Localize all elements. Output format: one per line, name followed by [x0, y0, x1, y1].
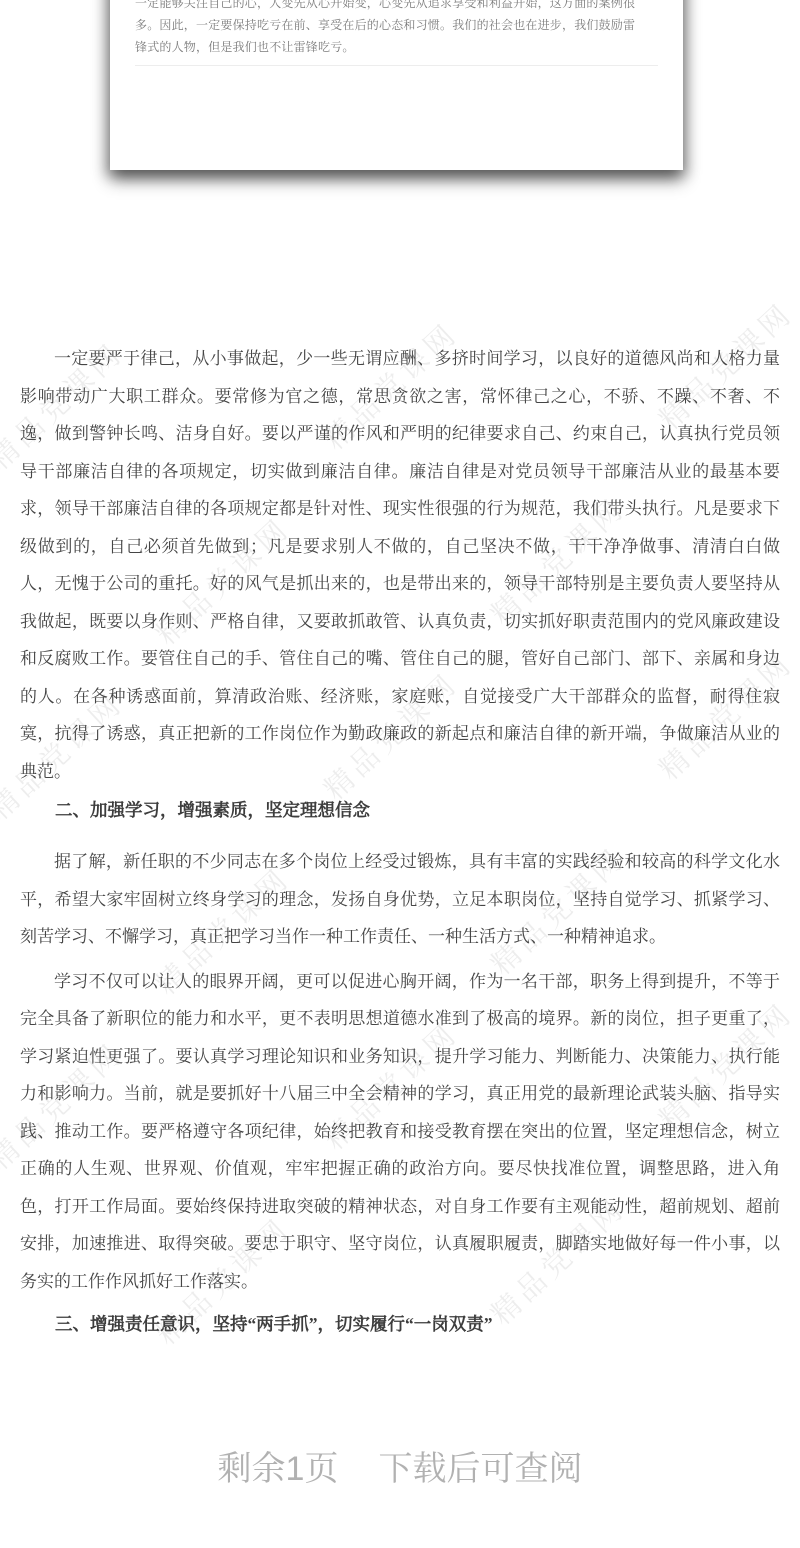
paragraph-learning-detail: 学习不仅可以让人的眼界开阔，更可以促进心胸开阔，作为一名干部，职务上得到提升，不…	[20, 963, 780, 1301]
paragraph-self-discipline: 一定要严于律己，从小事做起，少一些无谓应酬、多挤时间学习，以良好的道德风尚和人格…	[20, 340, 780, 790]
previous-page-preview-card: 一定能够关注自己的心，人变先从心开始变，心变先从追求享受和利益开始，这方面的案例…	[110, 0, 683, 170]
download-to-view-hint: 下载后可查阅	[378, 1448, 582, 1490]
section-heading-strengthen-learning: 二、加强学习，增强素质，坚定理想信念	[20, 795, 780, 825]
page-end-divider	[135, 65, 658, 66]
paragraph-learning-overview: 据了解，新任职的不少同志在多个岗位上经受过锻炼，具有丰富的实践经验和较高的科学文…	[20, 843, 780, 956]
remaining-pages-banner[interactable]: 剩余1页 下载后可查阅	[0, 1448, 800, 1490]
preview-text-line: 多。因此，一定要保持吃亏在前、享受在后的心态和习惯。我们的社会也在进步，我们鼓励…	[135, 14, 658, 36]
section-heading-responsibility: 三、增强责任意识，坚持“两手抓”，切实履行“一岗双责”	[20, 1309, 780, 1339]
remaining-pages-count: 剩余1页	[218, 1448, 339, 1490]
preview-text-line: 锋式的人物，但是我们也不让雷锋吃亏。	[135, 36, 658, 58]
document-page-content: 精品党课网精品党课网精品党课网精品党课网精品党课网精品党课网精品党课网精品党课网…	[0, 340, 800, 1339]
preview-text-line: 一定能够关注自己的心，人变先从心开始变，心变先从追求享受和利益开始，这方面的案例…	[135, 0, 658, 14]
document-text: 一定要严于律己，从小事做起，少一些无谓应酬、多挤时间学习，以良好的道德风尚和人格…	[20, 340, 780, 1339]
